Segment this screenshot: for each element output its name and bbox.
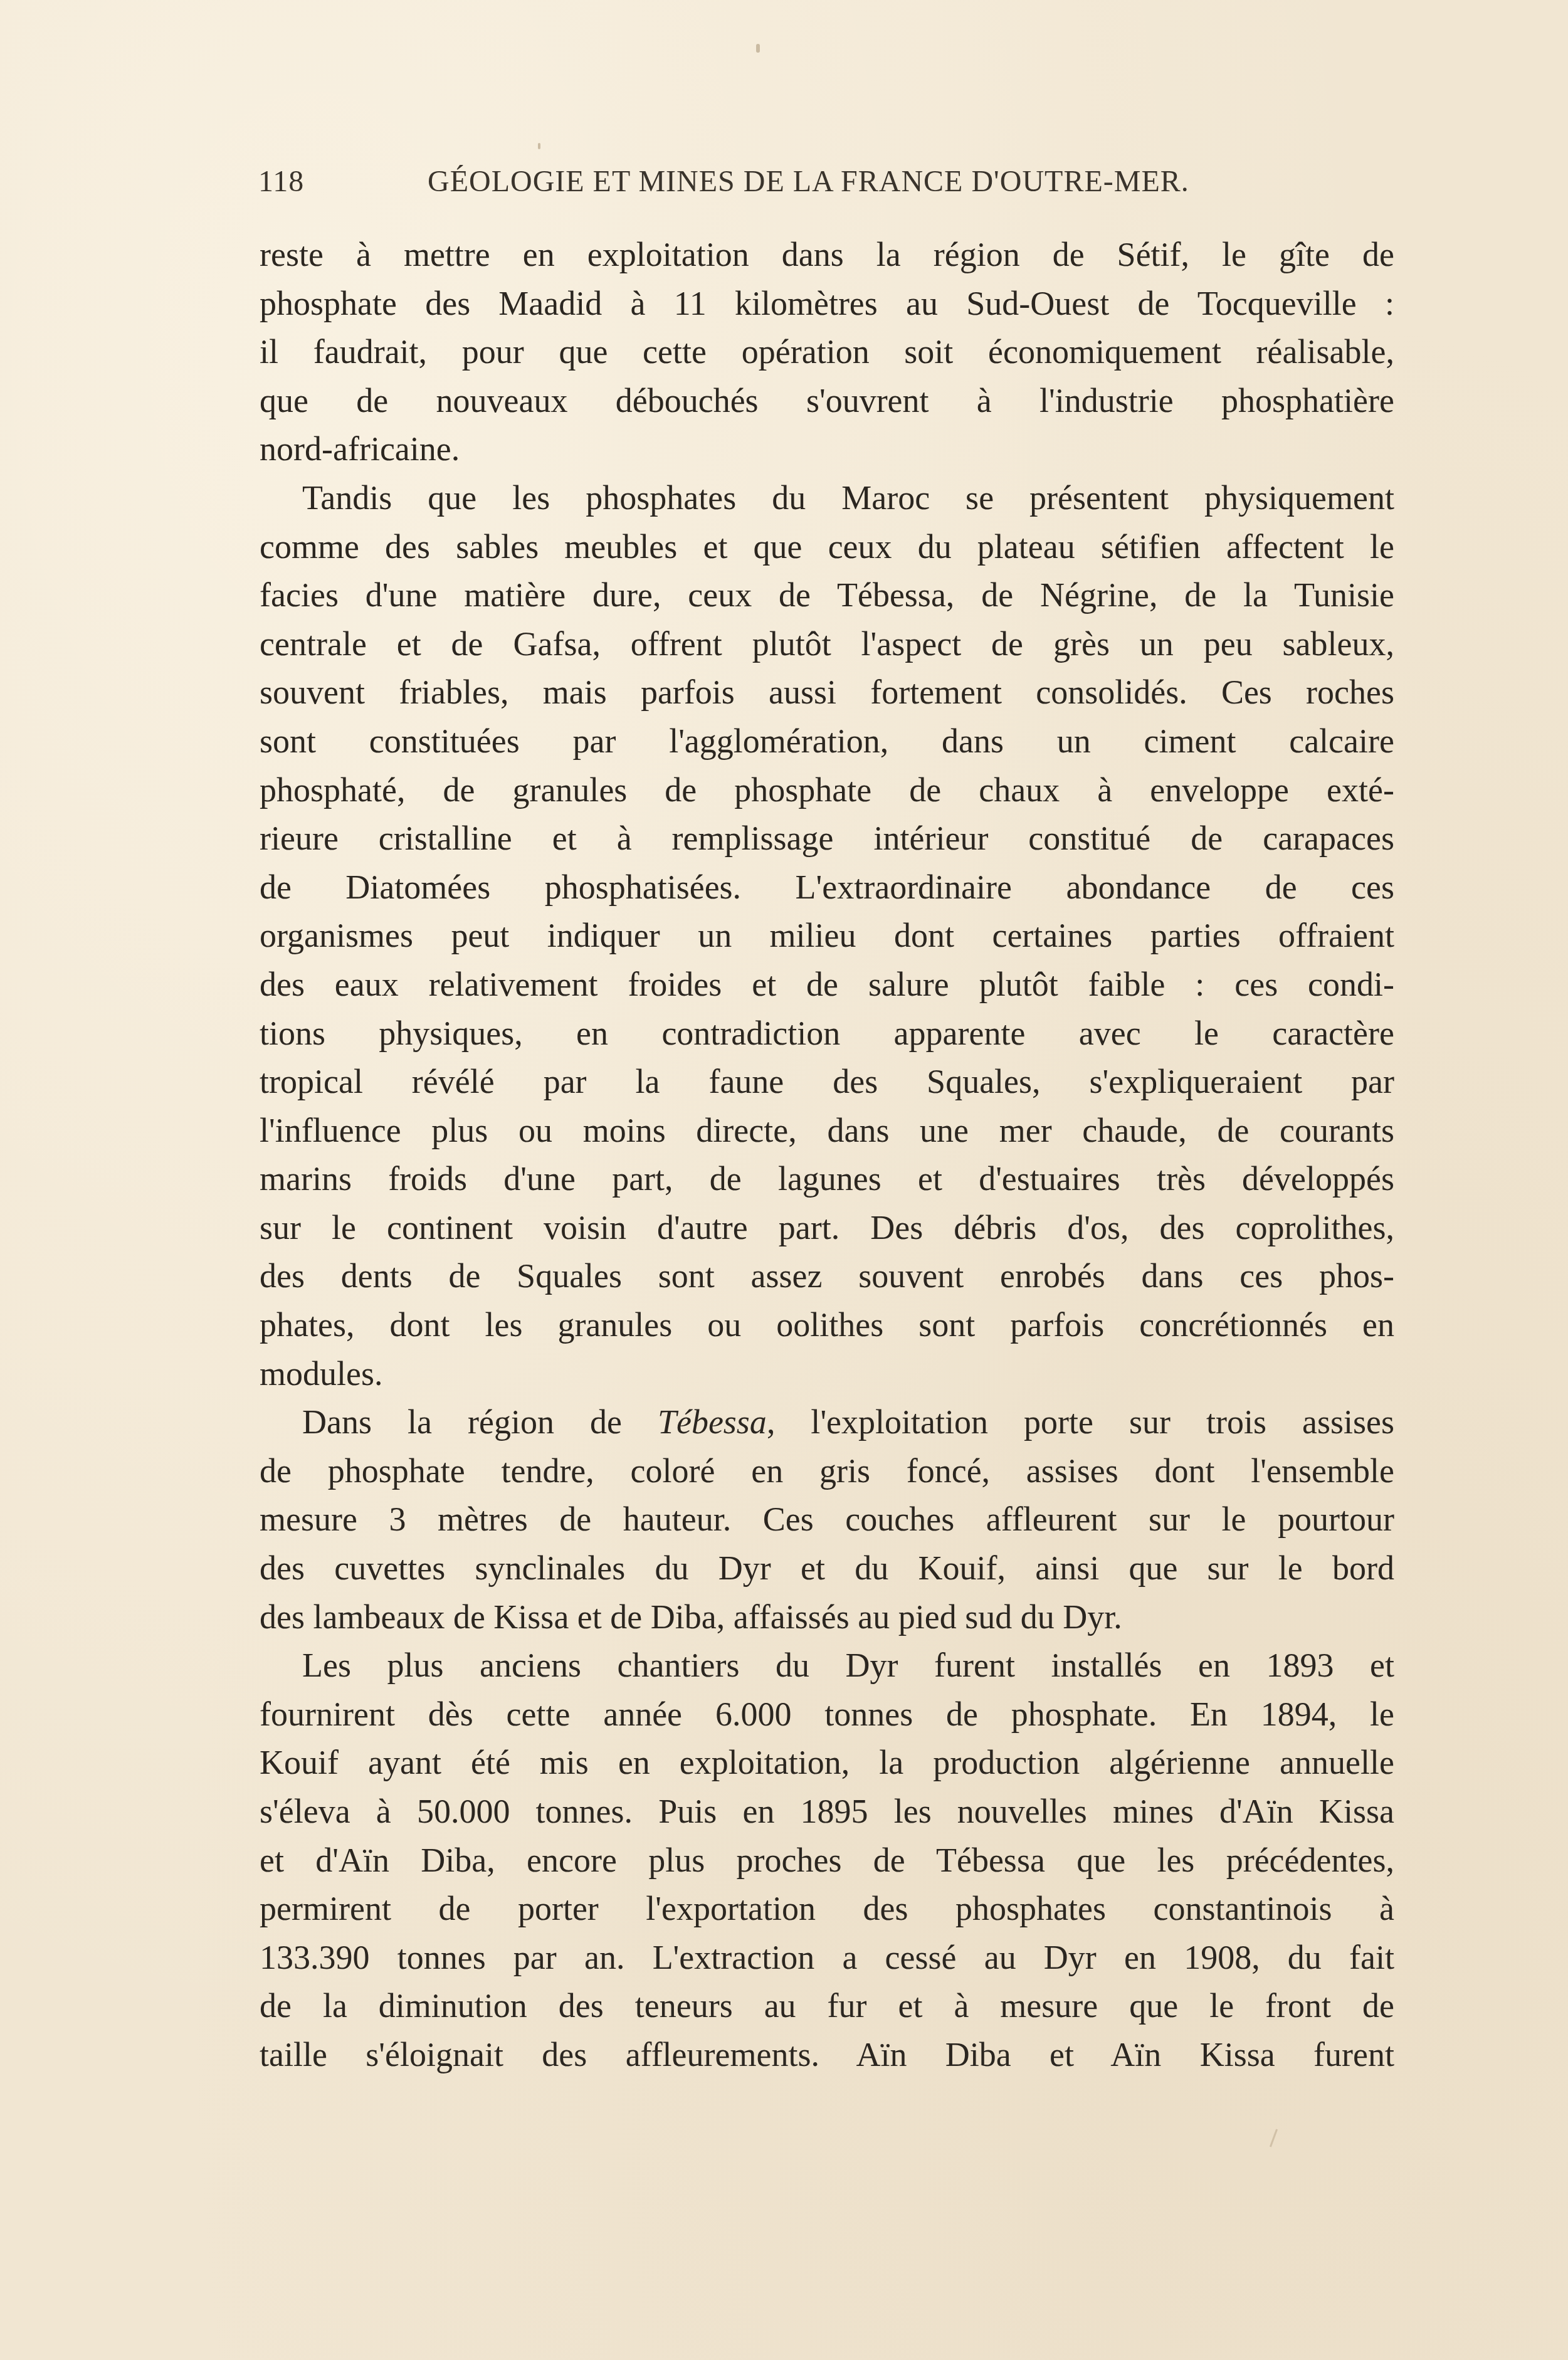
text-line: centrale et de Gafsa, offrent plutôt l'a… (260, 620, 1394, 669)
body-text: reste à mettre en exploitation dans la r… (260, 231, 1394, 2080)
text-line: l'influence plus ou moins directe, dans … (260, 1107, 1394, 1156)
paragraph-1: reste à mettre en exploitation dans la r… (260, 231, 1394, 474)
book-page: 118 GÉOLOGIE ET MINES DE LA FRANCE D'OUT… (0, 0, 1568, 2360)
text-line: Les plus anciens chantiers du Dyr furent… (260, 1641, 1394, 1690)
text-line: des lambeaux de Kissa et de Diba, affais… (260, 1593, 1394, 1642)
text-line: taille s'éloignait des affleurements. Aï… (260, 2031, 1394, 2080)
page-number: 118 (258, 164, 304, 199)
running-title: GÉOLOGIE ET MINES DE LA FRANCE D'OUTRE-M… (428, 164, 1189, 199)
text-line: mesure 3 mètres de hauteur. Ces couches … (260, 1495, 1394, 1544)
text-line: des cuvettes synclinales du Dyr et du Ko… (260, 1544, 1394, 1593)
text-line: des eaux relativement froides et de salu… (260, 961, 1394, 1009)
text-line: fournirent dès cette année 6.000 tonnes … (260, 1690, 1394, 1739)
text-line: phosphaté, de granules de phosphate de c… (260, 766, 1394, 815)
text-line: marins froids d'une part, de lagunes et … (260, 1155, 1394, 1204)
text-line: sont constituées par l'agglomération, da… (260, 717, 1394, 766)
text-line: rieure cristalline et à remplissage inté… (260, 814, 1394, 863)
paragraph-4: Les plus anciens chantiers du Dyr furent… (260, 1641, 1394, 2079)
text-line: souvent friables, mais parfois aussi for… (260, 668, 1394, 717)
paper-mark (1270, 2129, 1278, 2147)
text-line: tions physiques, en contradiction appare… (260, 1009, 1394, 1058)
text-line: 133.390 tonnes par an. L'extraction a ce… (260, 1934, 1394, 1983)
text-line: facies d'une matière dure, ceux de Tébes… (260, 571, 1394, 620)
text-run: , l'exploitation porte sur trois assises (767, 1403, 1394, 1441)
text-line: que de nouveaux débouchés s'ouvrent à l'… (260, 377, 1394, 426)
text-line: phates, dont les granules ou oolithes so… (260, 1301, 1394, 1350)
text-line: de phosphate tendre, coloré en gris fonc… (260, 1447, 1394, 1496)
text-line: des dents de Squales sont assez souvent … (260, 1252, 1394, 1301)
text-line: il faudrait, pour que cette opération so… (260, 328, 1394, 377)
text-line: nord-africaine. (260, 425, 1394, 474)
text-line: de la diminution des teneurs au fur et à… (260, 1982, 1394, 2031)
text-run: Dans la région de (302, 1403, 658, 1441)
paragraph-2: Tandis que les phosphates du Maroc se pr… (260, 474, 1394, 1398)
text-line: s'éleva à 50.000 tonnes. Puis en 1895 le… (260, 1788, 1394, 1836)
text-line: permirent de porter l'exportation des ph… (260, 1885, 1394, 1934)
text-line: phosphate des Maadid à 11 kilomètres au … (260, 280, 1394, 329)
place-name-italic: Tébessa (658, 1403, 767, 1441)
text-line: modules. (260, 1350, 1394, 1399)
text-line: tropical révélé par la faune des Squales… (260, 1058, 1394, 1107)
text-line: Tandis que les phosphates du Maroc se pr… (260, 474, 1394, 523)
paper-speck (538, 143, 540, 149)
text-line: comme des sables meubles et que ceux du … (260, 523, 1394, 572)
text-line: de Diatomées phosphatisées. L'extraordin… (260, 863, 1394, 912)
text-line: sur le continent voisin d'autre part. De… (260, 1204, 1394, 1253)
text-line: Kouif ayant été mis en exploitation, la … (260, 1739, 1394, 1788)
text-line: organismes peut indiquer un milieu dont … (260, 912, 1394, 961)
text-line: et d'Aïn Diba, encore plus proches de Té… (260, 1836, 1394, 1885)
text-line: reste à mettre en exploitation dans la r… (260, 231, 1394, 280)
text-line: Dans la région de Tébessa, l'exploitatio… (260, 1398, 1394, 1447)
paper-speck (756, 44, 760, 53)
running-head: 118 GÉOLOGIE ET MINES DE LA FRANCE D'OUT… (258, 164, 1236, 202)
paragraph-3: Dans la région de Tébessa, l'exploitatio… (260, 1398, 1394, 1641)
